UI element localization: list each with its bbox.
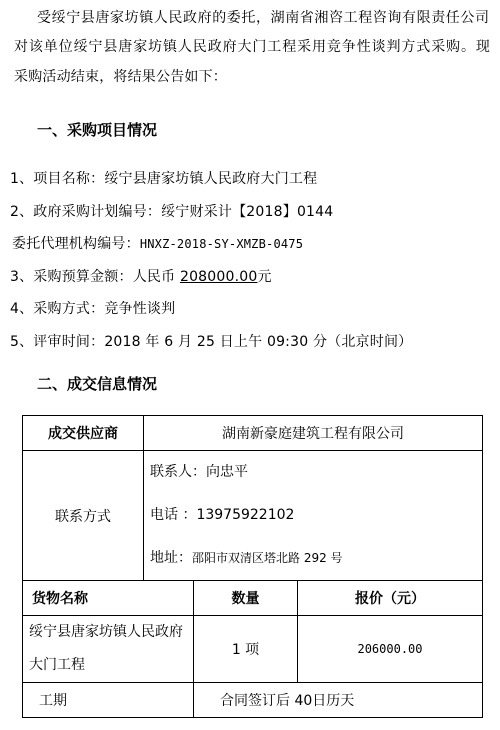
- intro-paragraph-line-3: 采购活动结束，将结果公告如下：: [14, 68, 227, 86]
- contact-person: 联系人：向忠平: [150, 451, 482, 494]
- contact-address: 地址：邵阳市双清区塔北路 292 号: [150, 537, 482, 580]
- agency-number-value: HNXZ-2018-SY-XMZB-0475: [140, 237, 303, 251]
- supplier-label: 成交供应商: [23, 416, 144, 451]
- review-time-item: 5、评审时间：2018 年 6 月 25 日上午 09:30 分（北京时间）: [10, 333, 412, 351]
- contact-address-label: 地址：: [150, 550, 192, 566]
- contact-address-value: 邵阳市双清区塔北路 292 号: [192, 551, 343, 565]
- supplier-row: 成交供应商 湖南新豪庭建筑工程有限公司: [23, 416, 483, 451]
- supplier-value: 湖南新豪庭建筑工程有限公司: [144, 416, 483, 451]
- quantity-header: 数量: [194, 581, 298, 616]
- review-time-label: 5、评审时间：: [10, 334, 104, 350]
- intro-paragraph-line-1: 受绥宁县唐家坊镇人民政府的委托，湖南省湘咨工程咨询有限责任公司: [37, 9, 490, 27]
- goods-name: 绥宁县唐家坊镇人民政府大门工程: [23, 616, 194, 683]
- deal-info-table: 成交供应商 湖南新豪庭建筑工程有限公司 联系方式 联系人：向忠平 电话 ：139…: [22, 415, 483, 718]
- budget-value: 208000.00: [180, 269, 258, 285]
- review-time-value: 2018 年 6 月 25 日上午 09:30 分（北京时间）: [104, 334, 412, 350]
- project-name-value: 绥宁县唐家坊镇人民政府大门工程: [104, 171, 317, 187]
- plan-number-label: 2、政府采购计划编号：: [10, 204, 161, 220]
- contact-row: 联系方式 联系人：向忠平 电话 ：13975922102 地址：邵阳市双清区塔北…: [23, 451, 483, 581]
- procurement-method-label: 4、采购方式：: [10, 301, 104, 317]
- duration-row: 工期 合同签订后 40日历天: [23, 683, 483, 718]
- project-name-label: 1、项目名称：: [10, 171, 104, 187]
- price-header: 报价（元）: [298, 581, 483, 616]
- goods-name-header: 货物名称: [23, 581, 194, 616]
- budget-label: 3、采购预算金额：人民币: [10, 269, 180, 285]
- goods-price: 206000.00: [298, 616, 483, 683]
- contact-details: 联系人：向忠平 电话 ：13975922102 地址：邵阳市双清区塔北路 292…: [144, 451, 483, 581]
- section-heading-project-info: 一、采购项目情况: [37, 121, 157, 139]
- duration-value: 合同签订后 40日历天: [194, 683, 483, 718]
- contact-phone: 电话 ：13975922102: [150, 494, 482, 537]
- budget-unit: 元: [257, 269, 271, 285]
- intro-paragraph-line-2: 对该单位绥宁县唐家坊镇人民政府大门工程采用竞争性谈判方式采购。现: [14, 38, 491, 56]
- goods-header-row: 货物名称 数量 报价（元）: [23, 581, 483, 616]
- contact-label: 联系方式: [23, 451, 144, 581]
- budget-item: 3、采购预算金额：人民币 208000.00元: [10, 268, 272, 286]
- plan-number-value: 绥宁财采计【2018】0144: [161, 204, 333, 220]
- agency-number-label: 委托代理机构编号：: [12, 236, 140, 252]
- plan-number-item: 2、政府采购计划编号：绥宁财采计【2018】0144: [10, 203, 333, 221]
- section-heading-deal-info: 二、成交信息情况: [37, 375, 157, 393]
- duration-label: 工期: [23, 683, 194, 718]
- agency-number-item: 委托代理机构编号：HNXZ-2018-SY-XMZB-0475: [12, 235, 303, 253]
- goods-row: 绥宁县唐家坊镇人民政府大门工程 1 项 206000.00: [23, 616, 483, 683]
- goods-quantity: 1 项: [194, 616, 298, 683]
- procurement-method-value: 竞争性谈判: [104, 301, 175, 317]
- project-name-item: 1、项目名称：绥宁县唐家坊镇人民政府大门工程: [10, 170, 317, 188]
- procurement-method-item: 4、采购方式：竞争性谈判: [10, 300, 175, 318]
